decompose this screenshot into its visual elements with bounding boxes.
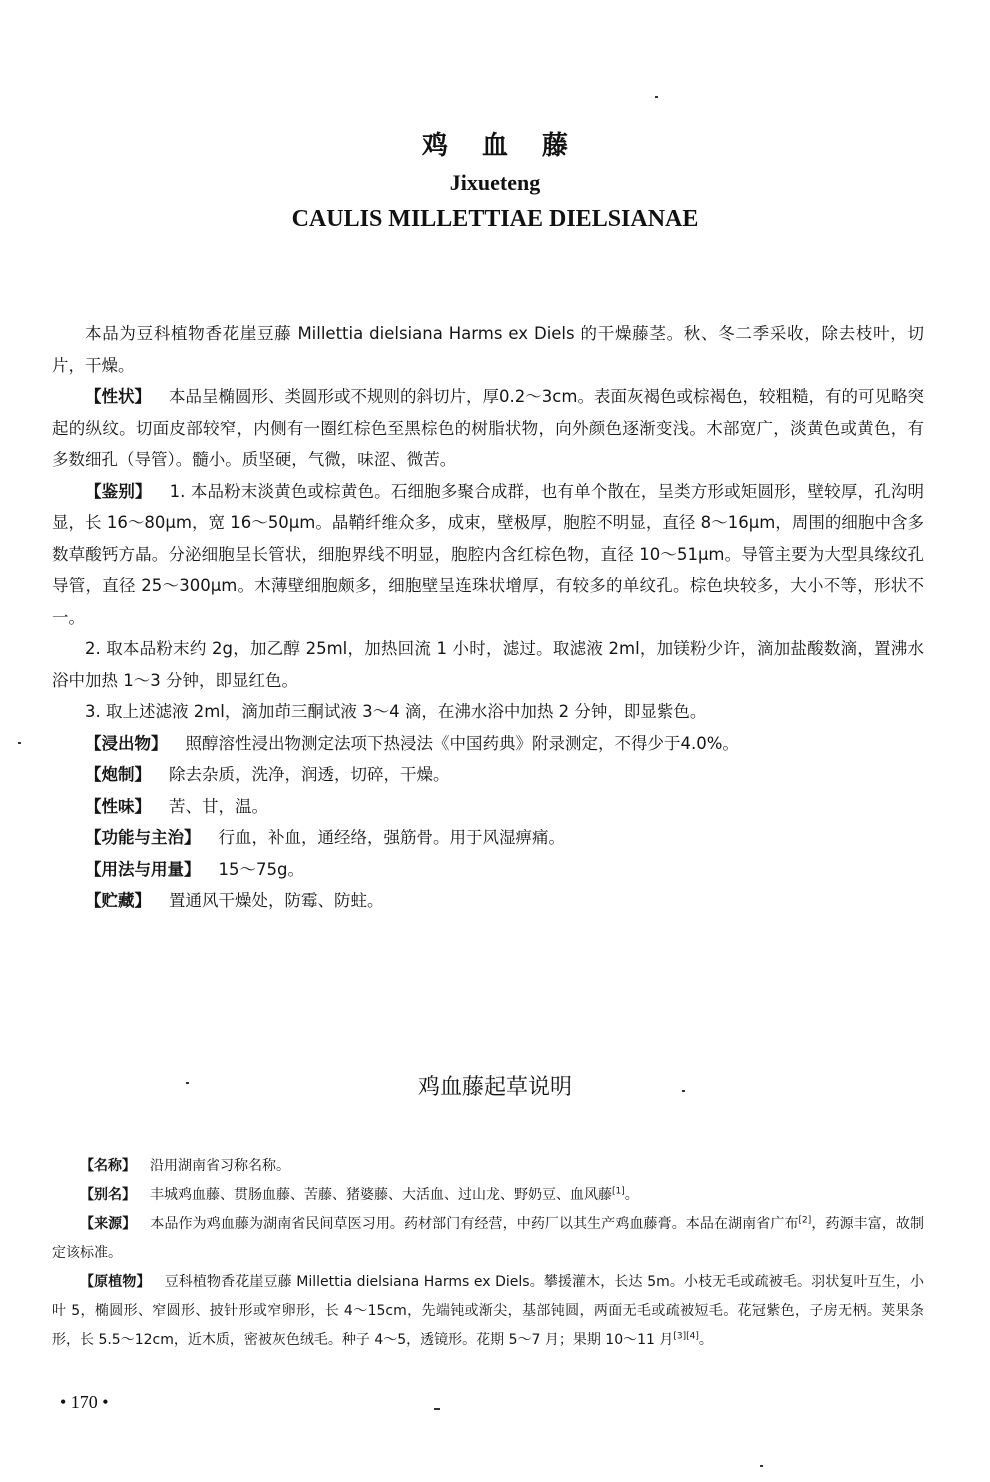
section-tag: 【炮制】 [85,765,151,784]
section-text: 置通风干燥处，防霉、防蛀。 [169,891,384,910]
note-tag: 【来源】 [80,1216,136,1232]
drafting-notes-title: 鸡血藤起草说明 [0,1070,990,1101]
monograph-title-latin: CAULIS MILLETTIAE DIELSIANAE [0,206,990,233]
section-functions-indications: 【功能与主治】行血，补血，通经络，强筋骨。用于风湿痹痛。 [52,822,924,854]
section-text: 除去杂质，洗净，润透，切碎，干燥。 [169,765,450,784]
note-original-plant: 【原植物】豆科植物香花崖豆藤 Millettia dielsiana Harms… [52,1268,924,1355]
scan-speck [186,1082,189,1084]
citation-ref: [2] [799,1215,812,1225]
section-tag: 【性味】 [85,797,151,816]
section-tag: 【浸出物】 [85,734,168,753]
note-aliases: 【别名】丰城鸡血藤、贯肠血藤、苦藤、猪婆藤、大活血、过山龙、野奶豆、血风藤[1]… [52,1181,924,1210]
section-dosage: 【用法与用量】15～75g。 [52,854,924,886]
section-property-flavor: 【性味】苦、甘，温。 [52,791,924,823]
monograph-title-pinyin: Jixueteng [0,170,990,196]
document-page: 鸡血藤 Jixueteng CAULIS MILLETTIAE DIELSIAN… [0,0,990,1482]
section-text: 照醇溶性浸出物测定法项下热浸法《中国药典》附录测定，不得少于4.0%。 [186,734,739,753]
section-text: 2. 取本品粉末约 2g，加乙醇 25ml，加热回流 1 小时，滤过。取滤液 2… [52,639,924,690]
monograph-title-chinese: 鸡血藤 [0,125,990,162]
intro-paragraph: 本品为豆科植物香花崖豆藤 Millettia dielsiana Harms e… [52,318,924,381]
note-tag: 【别名】 [80,1187,136,1203]
scan-speck [18,742,21,744]
section-tag: 【用法与用量】 [85,860,201,879]
section-text: 15～75g。 [219,860,304,879]
note-tag: 【名称】 [80,1158,136,1174]
page-number: • 170 • [60,1392,109,1413]
drafting-notes-body: 【名称】沿用湖南省习称名称。 【别名】丰城鸡血藤、贯肠血藤、苦藤、猪婆藤、大活血… [52,1152,924,1355]
section-tag: 【贮藏】 [85,891,151,910]
section-storage: 【贮藏】置通风干燥处，防霉、防蛀。 [52,885,924,917]
note-text: 沿用湖南省习称名称。 [150,1158,290,1174]
section-identification: 【鉴别】1. 本品粉末淡黄色或棕黄色。石细胞多聚合成群，也有单个散在，呈类方形或… [52,476,924,634]
section-text: 3. 取上述滤液 2ml，滴加茚三酮试液 3～4 滴，在沸水浴中加热 2 分钟，… [85,702,706,721]
section-text: 苦、甘，温。 [169,797,268,816]
note-name: 【名称】沿用湖南省习称名称。 [52,1152,924,1181]
identification-test-3: 3. 取上述滤液 2ml，滴加茚三酮试液 3～4 滴，在沸水浴中加热 2 分钟，… [52,696,924,728]
identification-test-2: 2. 取本品粉末约 2g，加乙醇 25ml，加热回流 1 小时，滤过。取滤液 2… [52,633,924,696]
citation-ref: [1] [612,1186,625,1196]
section-text: 行血，补血，通经络，强筋骨。用于风湿痹痛。 [219,828,566,847]
note-text: 豆科植物香花崖豆藤 Millettia dielsiana Harms ex D… [52,1274,924,1348]
scan-speck [682,1090,685,1092]
scan-speck [655,96,658,98]
section-tag: 【鉴别】 [85,482,152,501]
note-text: 本品作为鸡血藤为湖南省民间草医习用。药材部门有经营，中药厂以其生产鸡血藤膏。本品… [150,1216,798,1232]
note-source: 【来源】本品作为鸡血藤为湖南省民间草医习用。药材部门有经营，中药厂以其生产鸡血藤… [52,1210,924,1268]
note-tail: 。 [699,1332,713,1348]
section-tag: 【性状】 [85,387,151,406]
note-tail: 。 [625,1187,639,1203]
note-tag: 【原植物】 [80,1274,151,1290]
section-tag: 【功能与主治】 [85,828,201,847]
section-description: 【性状】本品呈椭圆形、类圆形或不规则的斜切片，厚0.2～3cm。表面灰褐色或棕褐… [52,381,924,476]
section-processing: 【炮制】除去杂质，洗净，润透，切碎，干燥。 [52,759,924,791]
citation-ref: [3][4] [673,1331,699,1341]
scan-speck [434,1408,440,1410]
section-extractives: 【浸出物】照醇溶性浸出物测定法项下热浸法《中国药典》附录测定，不得少于4.0%。 [52,728,924,760]
note-text: 丰城鸡血藤、贯肠血藤、苦藤、猪婆藤、大活血、过山龙、野奶豆、血风藤 [150,1187,612,1203]
scan-speck [760,1465,763,1467]
monograph-body: 本品为豆科植物香花崖豆藤 Millettia dielsiana Harms e… [52,318,924,917]
section-text: 本品呈椭圆形、类圆形或不规则的斜切片，厚0.2～3cm。表面灰褐色或棕褐色，较粗… [52,387,924,469]
section-text: 1. 本品粉末淡黄色或棕黄色。石细胞多聚合成群，也有单个散在，呈类方形或矩圆形，… [52,482,924,627]
